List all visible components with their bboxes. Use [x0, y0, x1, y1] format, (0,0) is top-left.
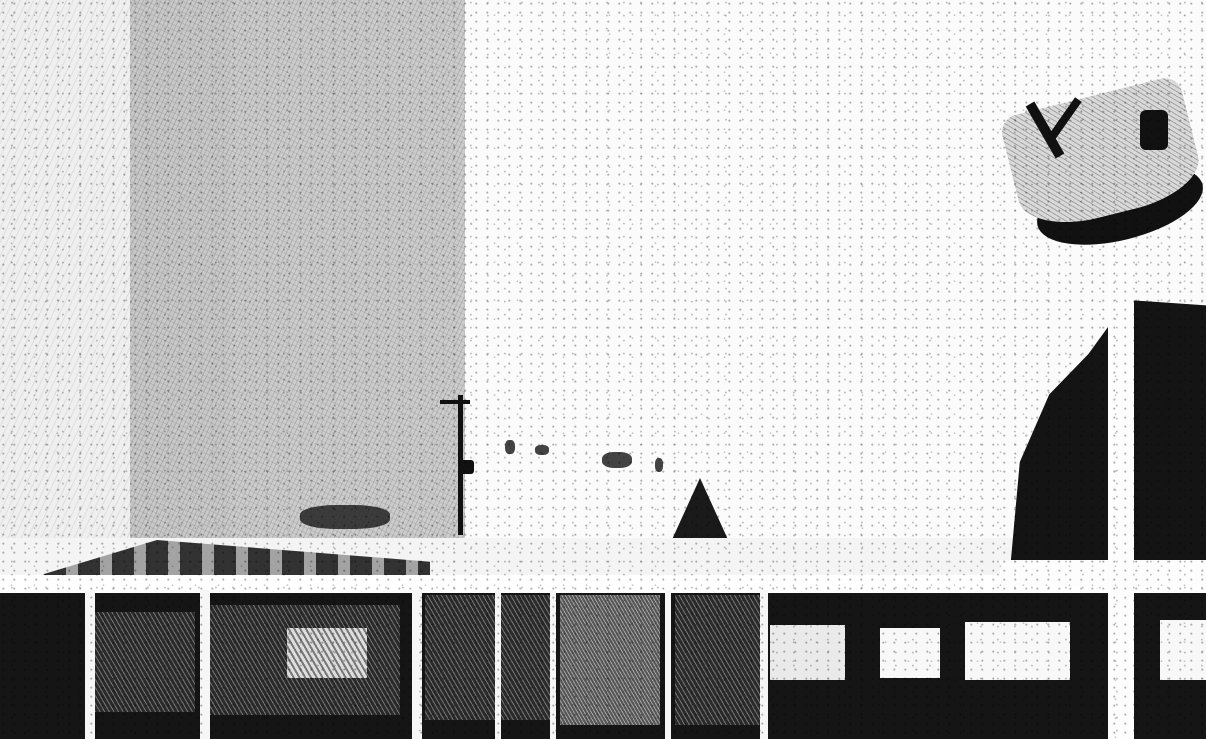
- evergreen-tree: [670, 478, 730, 544]
- storefront-window: [425, 595, 550, 720]
- window-pane: [880, 628, 940, 678]
- distant-foliage: [535, 445, 549, 455]
- distant-foliage: [300, 505, 390, 529]
- newspaper-photo: [0, 0, 1206, 739]
- tall-background-building: [130, 0, 465, 540]
- storefront-window: [95, 612, 195, 712]
- window-pane: [965, 622, 1070, 680]
- storefront-pillar: [495, 590, 501, 739]
- utility-pole-crossarm: [440, 400, 470, 404]
- storefront-pillar: [760, 590, 768, 739]
- distant-foliage: [655, 458, 663, 472]
- storefront-pillar: [665, 590, 671, 739]
- window-pane: [1160, 620, 1206, 680]
- distant-foliage: [602, 452, 632, 468]
- storefront-pillar: [550, 590, 556, 739]
- sign-pole-crossbar: [1000, 560, 1206, 586]
- antenna-fixture: [460, 460, 474, 474]
- storefront-window: [560, 595, 660, 725]
- storefront-pillar: [200, 590, 210, 739]
- storefront-window: [675, 595, 760, 725]
- window-pane: [770, 625, 845, 680]
- storefront-sign: [287, 628, 367, 678]
- drum-sign-mark: [1140, 110, 1168, 150]
- distant-foliage: [505, 440, 515, 454]
- storefront-pillar: [85, 590, 95, 739]
- sign-pole: [1108, 240, 1134, 739]
- storefront-pillar: [412, 590, 422, 739]
